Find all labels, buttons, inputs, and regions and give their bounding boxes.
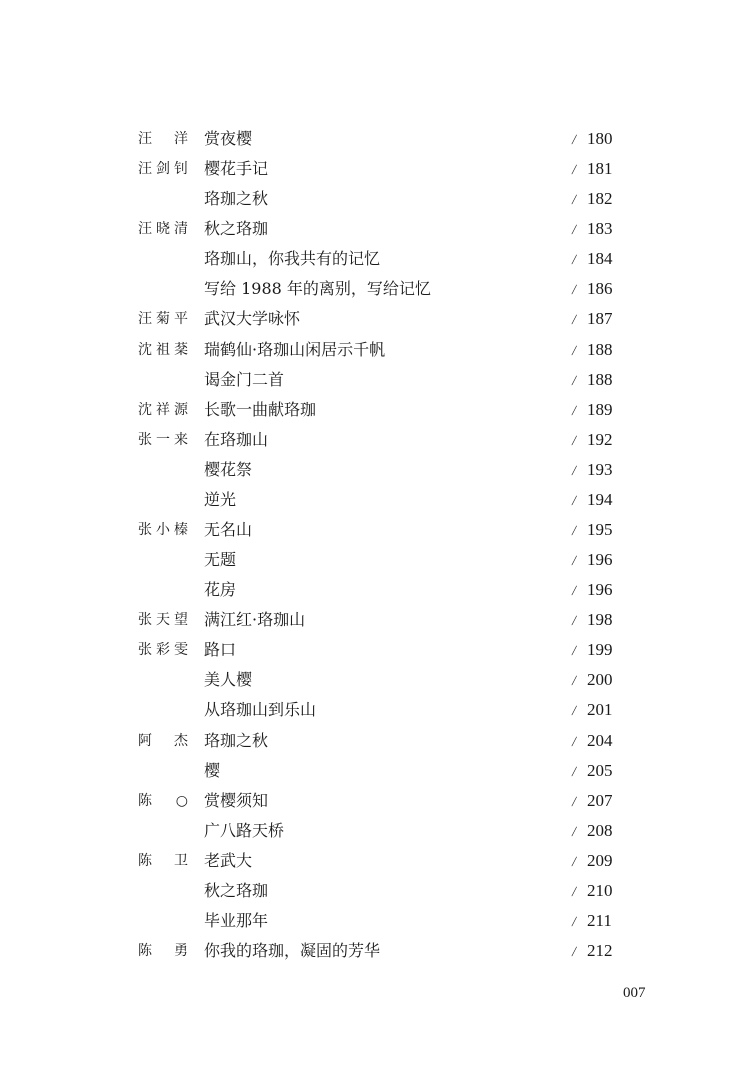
slash-separator: / <box>569 457 589 487</box>
slash-separator: / <box>569 216 589 246</box>
toc-page-number: 205 <box>587 761 613 780</box>
slash-separator: / <box>569 938 589 968</box>
toc-page-number: 211 <box>587 911 612 930</box>
toc-page-number: 186 <box>587 279 613 298</box>
slash-separator: / <box>569 697 589 727</box>
toc-page-number: 195 <box>587 520 613 539</box>
slash-separator: / <box>569 337 589 367</box>
toc-page-ref: /186 <box>572 274 613 306</box>
toc-author: 陈勇 <box>138 936 188 966</box>
toc-page-ref: /181 <box>572 154 613 186</box>
slash-separator: / <box>569 818 589 848</box>
author-char: 望 <box>174 605 188 635</box>
toc-page-number: 200 <box>587 670 613 689</box>
author-char: 来 <box>174 425 188 455</box>
toc-author: 沈祥源 <box>138 395 188 425</box>
toc-entry[interactable]: 樱花祭/193 <box>0 455 750 485</box>
toc-author: 汪菊平 <box>138 304 188 334</box>
author-char: 张 <box>138 515 152 545</box>
toc-page-ref: /208 <box>572 816 613 848</box>
toc-author: 陈卫 <box>138 846 188 876</box>
toc-entry[interactable]: 陈勇你我的珞珈，凝固的芳华/212 <box>0 936 750 966</box>
toc-title: 写给 1988 年的离别，写给记忆 <box>204 274 431 304</box>
toc-page-number: 182 <box>587 189 613 208</box>
toc-entry[interactable]: 樱/205 <box>0 756 750 786</box>
toc-page-ref: /210 <box>572 876 613 908</box>
toc-entry[interactable]: 张小榛无名山/195 <box>0 515 750 545</box>
slash-separator: / <box>569 667 589 697</box>
author-char: 彩 <box>156 635 170 665</box>
toc-page-ref: /183 <box>572 214 613 246</box>
toc-entry[interactable]: 写给 1988 年的离别，写给记忆/186 <box>0 274 750 304</box>
author-char: 汪 <box>138 214 152 244</box>
toc-entry[interactable]: 沈祖棻瑞鹤仙·珞珈山闲居示千帆/188 <box>0 335 750 365</box>
author-char: 钊 <box>174 154 188 184</box>
author-char: 汪 <box>138 124 152 154</box>
slash-separator: / <box>569 788 589 818</box>
toc-page-ref: /204 <box>572 726 613 758</box>
slash-separator: / <box>569 517 589 547</box>
author-char: ○ <box>176 786 188 816</box>
toc-page-number: 210 <box>587 881 613 900</box>
toc-title: 广八路天桥 <box>204 816 284 846</box>
toc-page-ref: /207 <box>572 786 613 818</box>
toc-title: 在珞珈山 <box>204 425 268 455</box>
toc-author: 汪剑钊 <box>138 154 188 184</box>
author-char: 雯 <box>174 635 188 665</box>
toc-page-ref: /193 <box>572 455 613 487</box>
slash-separator: / <box>569 156 589 186</box>
toc-entry[interactable]: 无题/196 <box>0 545 750 575</box>
author-char: 榛 <box>174 515 188 545</box>
toc-page-ref: /196 <box>572 545 613 577</box>
toc-entry[interactable]: 广八路天桥/208 <box>0 816 750 846</box>
toc-entry[interactable]: 沈祥源长歌一曲献珞珈/189 <box>0 395 750 425</box>
toc-entry[interactable]: 逆光/194 <box>0 485 750 515</box>
slash-separator: / <box>569 878 589 908</box>
author-char: 汪 <box>138 304 152 334</box>
toc-title: 老武大 <box>204 846 252 876</box>
author-char: 清 <box>174 214 188 244</box>
toc-entry[interactable]: 汪剑钊樱花手记/181 <box>0 154 750 184</box>
toc-title: 樱 <box>204 756 220 786</box>
toc-page-ref: /192 <box>572 425 613 457</box>
toc-title: 美人樱 <box>204 665 252 695</box>
toc-page-number: 184 <box>587 249 613 268</box>
author-char: 祖 <box>156 335 170 365</box>
author-char: 晓 <box>156 214 170 244</box>
toc-page-ref: /196 <box>572 575 613 607</box>
slash-separator: / <box>569 276 589 306</box>
toc-page-ref: /209 <box>572 846 613 878</box>
toc-page-ref: /182 <box>572 184 613 216</box>
toc-page-number: 189 <box>587 400 613 419</box>
toc-page-number: 198 <box>587 610 613 629</box>
toc-entry[interactable]: 珞珈山，你我共有的记忆/184 <box>0 244 750 274</box>
slash-separator: / <box>569 577 589 607</box>
author-char: 张 <box>138 635 152 665</box>
table-of-contents: 汪洋赏夜樱/180汪剑钊樱花手记/181珞珈之秋/182汪晓清秋之珞珈/183珞… <box>0 124 750 966</box>
author-char: 陈 <box>138 936 152 966</box>
toc-page-number: 204 <box>587 731 613 750</box>
toc-entry[interactable]: 张彩雯路口/199 <box>0 635 750 665</box>
toc-page-ref: /188 <box>572 365 613 397</box>
toc-title: 毕业那年 <box>204 906 268 936</box>
toc-title: 秋之珞珈 <box>204 876 268 906</box>
slash-separator: / <box>569 397 589 427</box>
author-char: 小 <box>156 515 170 545</box>
toc-title: 瑞鹤仙·珞珈山闲居示千帆 <box>204 335 385 365</box>
slash-separator: / <box>569 758 589 788</box>
author-char: 卫 <box>174 846 188 876</box>
toc-page-ref: /194 <box>572 485 613 517</box>
toc-author: 阿杰 <box>138 726 188 756</box>
author-char: 天 <box>156 605 170 635</box>
toc-entry[interactable]: 珞珈之秋/182 <box>0 184 750 214</box>
author-char: 棻 <box>174 335 188 365</box>
toc-entry[interactable]: 美人樱/200 <box>0 665 750 695</box>
page-number: 007 <box>623 985 646 1002</box>
toc-entry[interactable]: 毕业那年/211 <box>0 906 750 936</box>
toc-entry[interactable]: 陈卫老武大/209 <box>0 846 750 876</box>
toc-page-ref: /205 <box>572 756 613 788</box>
slash-separator: / <box>569 607 589 637</box>
toc-author: 张一来 <box>138 425 188 455</box>
toc-page-ref: /200 <box>572 665 613 697</box>
toc-page-number: 181 <box>587 159 613 178</box>
toc-title: 你我的珞珈，凝固的芳华 <box>204 936 380 966</box>
toc-title: 樱花手记 <box>204 154 268 184</box>
author-char: 杰 <box>174 726 188 756</box>
toc-title: 赏夜樱 <box>204 124 252 154</box>
toc-entry[interactable]: 从珞珈山到乐山/201 <box>0 695 750 725</box>
slash-separator: / <box>569 126 589 156</box>
toc-title: 无名山 <box>204 515 252 545</box>
slash-separator: / <box>569 547 589 577</box>
author-char: 陈 <box>138 846 152 876</box>
author-char: 平 <box>174 304 188 334</box>
slash-separator: / <box>569 367 589 397</box>
slash-separator: / <box>569 487 589 517</box>
toc-page-number: 212 <box>587 941 613 960</box>
author-char: 沈 <box>138 335 152 365</box>
toc-page-number: 209 <box>587 851 613 870</box>
toc-entry[interactable]: 张一来在珞珈山/192 <box>0 425 750 455</box>
toc-entry[interactable]: 阿杰珞珈之秋/204 <box>0 726 750 756</box>
slash-separator: / <box>569 306 589 336</box>
toc-title: 花房 <box>204 575 236 605</box>
toc-page-ref: /195 <box>572 515 613 547</box>
toc-page-number: 183 <box>587 219 613 238</box>
toc-title: 珞珈之秋 <box>204 726 268 756</box>
toc-title: 长歌一曲献珞珈 <box>204 395 316 425</box>
slash-separator: / <box>569 848 589 878</box>
author-char: 阿 <box>138 726 152 756</box>
toc-entry[interactable]: 汪晓清秋之珞珈/183 <box>0 214 750 244</box>
author-char: 张 <box>138 425 152 455</box>
toc-page-ref: /211 <box>572 906 612 938</box>
toc-title: 从珞珈山到乐山 <box>204 695 316 725</box>
toc-title: 赏樱须知 <box>204 786 268 816</box>
toc-author: 陈○ <box>138 786 188 816</box>
toc-author: 汪晓清 <box>138 214 188 244</box>
toc-author: 沈祖棻 <box>138 335 188 365</box>
toc-page-number: 207 <box>587 791 613 810</box>
toc-author: 张小榛 <box>138 515 188 545</box>
author-char: 菊 <box>156 304 170 334</box>
toc-title: 谒金门二首 <box>204 365 284 395</box>
slash-separator: / <box>569 246 589 276</box>
toc-entry[interactable]: 秋之珞珈/210 <box>0 876 750 906</box>
toc-page-ref: /188 <box>572 335 613 367</box>
toc-author: 张天望 <box>138 605 188 635</box>
toc-page-number: 192 <box>587 430 613 449</box>
toc-title: 逆光 <box>204 485 236 515</box>
toc-page-number: 187 <box>587 309 613 328</box>
toc-title: 珞珈山，你我共有的记忆 <box>204 244 380 274</box>
toc-page-number: 196 <box>587 580 613 599</box>
toc-entry[interactable]: 谒金门二首/188 <box>0 365 750 395</box>
author-char: 洋 <box>174 124 188 154</box>
toc-page-ref: /199 <box>572 635 613 667</box>
author-char: 陈 <box>138 786 152 816</box>
slash-separator: / <box>569 427 589 457</box>
toc-entry[interactable]: 花房/196 <box>0 575 750 605</box>
toc-page-ref: /212 <box>572 936 613 968</box>
toc-page-number: 196 <box>587 550 613 569</box>
toc-title: 无题 <box>204 545 236 575</box>
toc-page-number: 201 <box>587 700 613 719</box>
author-char: 一 <box>156 425 170 455</box>
toc-page-number: 180 <box>587 129 613 148</box>
slash-separator: / <box>569 908 589 938</box>
toc-page-number: 193 <box>587 460 613 479</box>
author-char: 沈 <box>138 395 152 425</box>
toc-title: 秋之珞珈 <box>204 214 268 244</box>
toc-page-number: 188 <box>587 370 613 389</box>
toc-title: 珞珈之秋 <box>204 184 268 214</box>
toc-page-ref: /187 <box>572 304 613 336</box>
toc-entry[interactable]: 汪菊平武汉大学咏怀/187 <box>0 304 750 334</box>
toc-title: 武汉大学咏怀 <box>204 304 300 334</box>
toc-author: 汪洋 <box>138 124 188 154</box>
toc-page-ref: /198 <box>572 605 613 637</box>
author-char: 张 <box>138 605 152 635</box>
author-char: 祥 <box>156 395 170 425</box>
toc-page-ref: /201 <box>572 695 613 727</box>
toc-title: 路口 <box>204 635 236 665</box>
toc-page-ref: /180 <box>572 124 613 156</box>
author-char: 勇 <box>174 936 188 966</box>
toc-title: 樱花祭 <box>204 455 252 485</box>
toc-author: 张彩雯 <box>138 635 188 665</box>
toc-page-ref: /189 <box>572 395 613 427</box>
toc-page-number: 208 <box>587 821 613 840</box>
toc-entry[interactable]: 陈○赏樱须知/207 <box>0 786 750 816</box>
toc-page-number: 199 <box>587 640 613 659</box>
author-char: 剑 <box>156 154 170 184</box>
author-char: 汪 <box>138 154 152 184</box>
toc-entry[interactable]: 张天望满江红·珞珈山/198 <box>0 605 750 635</box>
slash-separator: / <box>569 728 589 758</box>
toc-page-number: 194 <box>587 490 613 509</box>
toc-page-number: 188 <box>587 340 613 359</box>
toc-entry[interactable]: 汪洋赏夜樱/180 <box>0 124 750 154</box>
toc-page-ref: /184 <box>572 244 613 276</box>
slash-separator: / <box>569 186 589 216</box>
author-char: 源 <box>174 395 188 425</box>
slash-separator: / <box>569 637 589 667</box>
toc-title: 满江红·珞珈山 <box>204 605 305 635</box>
